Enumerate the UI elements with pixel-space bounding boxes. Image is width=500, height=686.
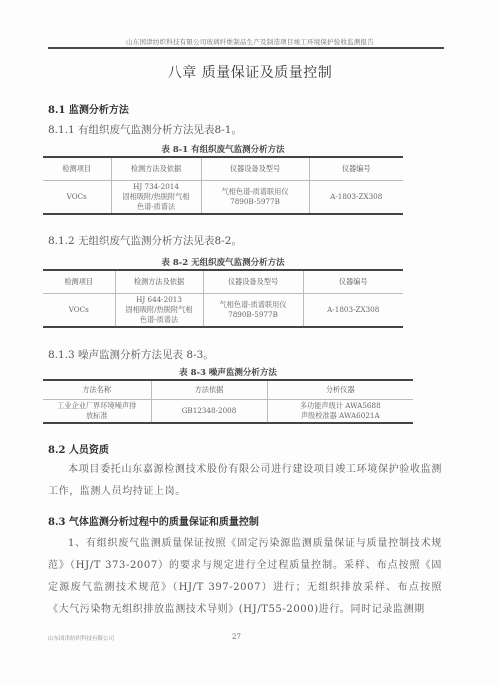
table-header-row: 方法名称 方法依据 分析仪器 bbox=[43, 380, 413, 400]
cell-instrument-no: A-1803-ZX308 bbox=[303, 294, 403, 328]
table-8-2-caption: 表 8-2 无组织废气监测分析方法 bbox=[43, 256, 403, 268]
method-line: 固相吸附/热脱附气相 bbox=[118, 305, 201, 315]
cell-basis: GB12348-2008 bbox=[151, 400, 267, 424]
col-header: 检测方法及依据 bbox=[115, 270, 203, 294]
instrument-line: 多功能声级计 AWA5688 bbox=[270, 401, 412, 411]
col-header: 检测项目 bbox=[43, 157, 111, 181]
cell-instrument-no: A-1803-ZX308 bbox=[309, 181, 403, 215]
table-8-1-caption: 表 8-1 有组织废气监测分析方法 bbox=[43, 143, 403, 155]
name-line: 放标准 bbox=[45, 411, 149, 421]
table-header-row: 检测项目 检测方法及依据 仪器设备及型号 仪器编号 bbox=[43, 270, 403, 294]
instrument-line: 7890B-5977B bbox=[204, 197, 307, 207]
subsection-8-1-3: 8.1.3 噪声监测分析方法见表 8-3。 bbox=[48, 347, 214, 362]
page-number: 27 bbox=[232, 633, 241, 641]
subsection-8-1-1: 8.1.1 有组织废气监测分析方法见表8-1。 bbox=[48, 122, 242, 137]
chapter-title: 八章 质量保证及质量控制 bbox=[0, 62, 500, 82]
table-header-row: 检测项目 检测方法及依据 仪器设备及型号 仪器编号 bbox=[43, 157, 403, 181]
method-line: 固相吸附/热脱附气相 bbox=[114, 192, 199, 202]
section-8-2-heading: 8.2 人员资质 bbox=[48, 441, 109, 456]
cell-item: VOCs bbox=[43, 181, 111, 215]
instrument-line: 7890B-5977B bbox=[206, 310, 301, 320]
col-header: 仪器编号 bbox=[303, 270, 403, 294]
cell-item: VOCs bbox=[43, 294, 115, 328]
col-header: 方法依据 bbox=[151, 380, 267, 400]
subsection-8-1-2: 8.1.2 无组织废气监测分析方法见表8-2。 bbox=[48, 233, 242, 248]
section-8-3-heading: 8.3 气体监测分析过程中的质量保证和质量控制 bbox=[48, 513, 259, 528]
name-line: 工业企业厂界环境噪声排 bbox=[45, 401, 149, 411]
instrument-line: 气相色谱-质谱联用仪 bbox=[206, 300, 301, 310]
method-line: HJ 644-2013 bbox=[118, 295, 201, 305]
col-header: 方法名称 bbox=[43, 380, 151, 400]
method-line: 色谱-质谱法 bbox=[118, 315, 201, 325]
cell-method-name: 工业企业厂界环境噪声排 放标准 bbox=[43, 400, 151, 424]
table-8-3-caption: 表 8-3 噪声监测分析方法 bbox=[43, 366, 413, 378]
cell-method: HJ 734-2014 固相吸附/热脱附气相 色谱-质谱法 bbox=[111, 181, 201, 215]
cell-instrument: 多功能声级计 AWA5688 声级校准器 AWA6021A bbox=[267, 400, 413, 424]
method-line: HJ 734-2014 bbox=[114, 182, 199, 192]
section-8-2-body: 本项目委托山东嘉源检测技术股份有限公司进行建设项目竣工环境保护验收监测工作，监测… bbox=[48, 459, 442, 503]
col-header: 检测方法及依据 bbox=[111, 157, 201, 181]
col-header: 仪器编号 bbox=[309, 157, 403, 181]
table-row: VOCs HJ 734-2014 固相吸附/热脱附气相 色谱-质谱法 气相色谱-… bbox=[43, 181, 403, 215]
footer-company: 山东国津纺织科技有限公司 bbox=[48, 634, 114, 642]
running-header: 山东国津纺织科技有限公司玻璃纤维制品生产及制造项目竣工环境保护验收监测报告 bbox=[0, 37, 500, 46]
header-rule bbox=[48, 47, 444, 49]
cell-method: HJ 644-2013 固相吸附/热脱附气相 色谱-质谱法 bbox=[115, 294, 203, 328]
section-8-1-heading: 8.1 监测分析方法 bbox=[48, 101, 129, 116]
col-header: 分析仪器 bbox=[267, 380, 413, 400]
section-8-3-body: 1、有组织废气监测质量保证按照《固定污染源监测质量保证与质量控制技术规范》（HJ… bbox=[48, 533, 442, 621]
table-row: VOCs HJ 644-2013 固相吸附/热脱附气相 色谱-质谱法 气相色谱-… bbox=[43, 294, 403, 328]
method-line: 色谱-质谱法 bbox=[114, 202, 199, 212]
col-header: 仪器设备及型号 bbox=[201, 157, 309, 181]
table-row: 工业企业厂界环境噪声排 放标准 GB12348-2008 多功能声级计 AWA5… bbox=[43, 400, 413, 424]
instrument-line: 气相色谱-质谱联用仪 bbox=[204, 187, 307, 197]
table-8-1: 检测项目 检测方法及依据 仪器设备及型号 仪器编号 VOCs HJ 734-20… bbox=[43, 156, 403, 215]
col-header: 检测项目 bbox=[43, 270, 115, 294]
instrument-line: 声级校准器 AWA6021A bbox=[270, 411, 412, 421]
table-8-3: 方法名称 方法依据 分析仪器 工业企业厂界环境噪声排 放标准 GB12348-2… bbox=[43, 379, 413, 424]
table-8-2: 检测项目 检测方法及依据 仪器设备及型号 仪器编号 VOCs HJ 644-20… bbox=[43, 269, 403, 328]
cell-instrument: 气相色谱-质谱联用仪 7890B-5977B bbox=[203, 294, 303, 328]
col-header: 仪器设备及型号 bbox=[203, 270, 303, 294]
cell-instrument: 气相色谱-质谱联用仪 7890B-5977B bbox=[201, 181, 309, 215]
